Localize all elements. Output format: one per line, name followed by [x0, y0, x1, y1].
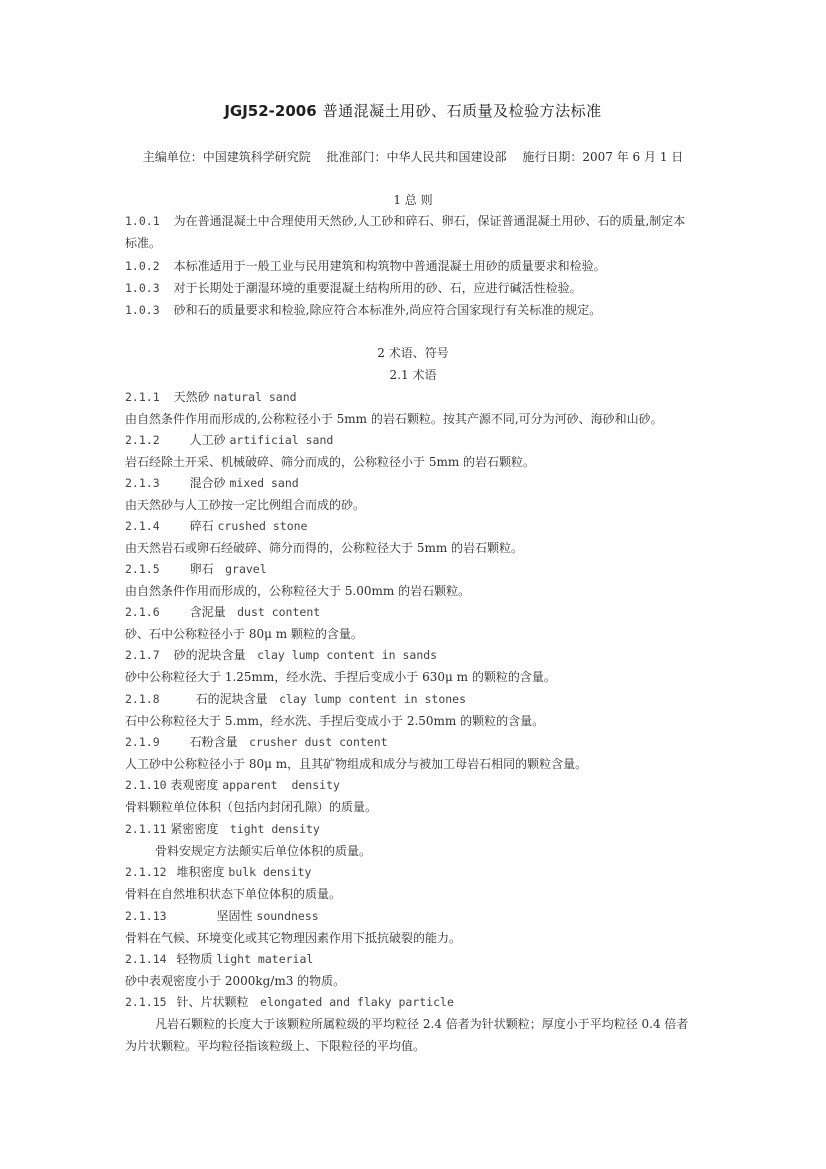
- term-number: 2.1.2: [125, 432, 160, 448]
- term-heading: 2.1.13坚固性 soundness: [125, 908, 705, 924]
- term-en: dust content: [237, 605, 320, 619]
- term-definition: 砂中表观密度小于 2000kg/m3 的物质。: [125, 973, 705, 989]
- term-heading: 2.1.3混合砂 mixed sand: [125, 475, 705, 491]
- term-definition: 骨料安规定方法颠实后单位体积的质量。: [125, 843, 735, 859]
- editor-unit: 主编单位：中国建筑科学研究院: [143, 150, 311, 164]
- term-number: 2.1.11: [125, 821, 167, 837]
- term-number: 2.1.15: [125, 994, 167, 1010]
- term-heading: 2.1.14轻物质 light material: [125, 951, 705, 967]
- clause-text: 对于长期处于潮湿环境的重要混凝土结构所用的砂、石，应进行碱活性检验。: [174, 281, 582, 295]
- term-number: 2.1.5: [125, 561, 160, 577]
- term-heading: 2.1.6含泥量 dust content: [125, 604, 705, 620]
- approval-department: 批准部门：中华人民共和国建设部: [327, 150, 507, 164]
- term-heading: 2.1.9石粉含量 crusher dust content: [125, 734, 705, 750]
- term-definition: 骨料颗粒单位体积（包括内封闭孔隙）的质量。: [125, 799, 705, 815]
- term-definition: 凡岩石颗粒的长度大于该颗粒所属粒级的平均粒径 2.4 倍者为针状颗粒；厚度小于平…: [125, 1016, 735, 1032]
- term-cn: 紧密密度: [170, 822, 218, 836]
- term-en: tight density: [230, 822, 320, 836]
- standard-name: 普通混凝土用砂、石质量及检验方法标准: [323, 102, 602, 120]
- term-en: natural sand: [213, 390, 296, 404]
- term-heading: 2.1.1天然砂 natural sand: [125, 389, 705, 405]
- term-en: light material: [216, 952, 313, 966]
- term-definition: 人工砂中公称粒径小于 80μ m，且其矿物组成和成分与被加工母岩石相同的颗粒含量…: [125, 756, 705, 772]
- term-number: 2.1.4: [125, 518, 160, 534]
- clause-number: 1.0.3: [125, 280, 160, 296]
- term-cn: 轻物质: [177, 952, 213, 966]
- term-cn: 石粉含量: [190, 735, 238, 749]
- standard-code: JGJ52-2006: [224, 102, 316, 120]
- chapter-1-heading: 1 总 则: [0, 192, 826, 208]
- term-number: 2.1.6: [125, 604, 160, 620]
- clause-1-0-2: 1.0.2本标准适用于一般工业与民用建筑和构筑物中普通混凝土用砂的质量要求和检验…: [125, 258, 705, 274]
- term-cn: 碎石: [190, 519, 214, 533]
- term-heading: 2.1.15针、片状颗粒 elongated and flaky particl…: [125, 994, 705, 1010]
- term-cn: 针、片状颗粒: [177, 995, 249, 1009]
- term-definition: 由天然砂与人工砂按一定比例组合而成的砂。: [125, 497, 705, 513]
- term-heading: 2.1.11 紧密密度 tight density: [125, 821, 705, 837]
- effective-date: 施行日期：2007 年 6 月 1 日: [522, 150, 683, 164]
- term-number: 2.1.10: [125, 777, 167, 793]
- term-en: crusher dust content: [249, 735, 387, 749]
- term-heading: 2.1.5卵石 gravel: [125, 561, 705, 577]
- document-title: JGJ52-2006普通混凝土用砂、石质量及检验方法标准: [0, 100, 826, 121]
- term-cn: 卵石: [190, 562, 214, 576]
- clause-1-0-3b: 1.0.3砂和石的质量要求和检验,除应符合本标准外,尚应符合国家现行有关标准的规…: [125, 302, 705, 318]
- term-en: mixed sand: [229, 476, 298, 490]
- term-heading: 2.1.2人工砂 artificial sand: [125, 432, 705, 448]
- term-en: soundness: [256, 909, 318, 923]
- document-meta: 主编单位：中国建筑科学研究院 批准部门：中华人民共和国建设部 施行日期：2007…: [0, 148, 826, 165]
- clause-text: 砂和石的质量要求和检验,除应符合本标准外,尚应符合国家现行有关标准的规定。: [174, 303, 602, 317]
- clause-text: 本标准适用于一般工业与民用建筑和构筑物中普通混凝土用砂的质量要求和检验。: [174, 259, 606, 273]
- term-number: 2.1.12: [125, 864, 167, 880]
- term-cn: 堆积密度: [177, 865, 225, 879]
- term-heading: 2.1.10 表观密度 apparent density: [125, 777, 705, 793]
- clause-1-0-1: 1.0.1为在普通混凝土中合理使用天然砂,人工砂和碎石、卵石，保证普通混凝土用砂…: [125, 213, 705, 229]
- clause-number: 1.0.2: [125, 258, 160, 274]
- term-number: 2.1.13: [125, 908, 167, 924]
- term-number: 2.1.1: [125, 389, 160, 405]
- term-cn: 人工砂: [190, 433, 226, 447]
- term-definition: 骨料在气候、环境变化或其它物理因素作用下抵抗破裂的能力。: [125, 930, 705, 946]
- term-definition: 骨料在自然堆积状态下单位体积的质量。: [125, 886, 705, 902]
- term-definition: 砂中公称粒径大于 1.25mm，经水洗、手捏后变成小于 630μ m 的颗粒的含…: [125, 669, 705, 685]
- term-en: clay lump content in sands: [257, 648, 437, 662]
- term-en: bulk density: [228, 865, 311, 879]
- term-definition: 岩石经除土开采、机械破碎、筛分而成的，公称粒径小于 5mm 的岩石颗粒。: [125, 454, 705, 470]
- term-cn: 砂的泥块含量: [174, 648, 246, 662]
- term-definition: 由天然岩石或卵石经破碎、筛分而得的，公称粒径大于 5mm 的岩石颗粒。: [125, 540, 705, 556]
- term-en: gravel: [225, 562, 267, 576]
- term-en: apparent density: [222, 778, 340, 792]
- term-en: artificial sand: [229, 433, 333, 447]
- term-definition: 砂、石中公称粒径小于 80μ m 颗粒的含量。: [125, 626, 705, 642]
- clause-number: 1.0.1: [125, 213, 160, 229]
- term-heading: 2.1.12堆积密度 bulk density: [125, 864, 705, 880]
- term-number: 2.1.3: [125, 475, 160, 491]
- term-definition-cont: 为片状颗粒。平均粒径指该粒级上、下限粒径的平均值。: [125, 1038, 705, 1054]
- term-cn: 含泥量: [190, 605, 226, 619]
- term-number: 2.1.9: [125, 734, 160, 750]
- term-heading: 2.1.7砂的泥块含量 clay lump content in sands: [125, 647, 705, 663]
- term-en: crushed stone: [217, 519, 307, 533]
- term-en: clay lump content in stones: [279, 692, 466, 706]
- term-definition: 由自然条件作用而形成的,公称粒径小于 5mm 的岩石颗粒。按其产源不同,可分为河…: [125, 411, 705, 427]
- term-number: 2.1.14: [125, 951, 167, 967]
- clause-1-0-3: 1.0.3对于长期处于潮湿环境的重要混凝土结构所用的砂、石，应进行碱活性检验。: [125, 280, 705, 296]
- term-definition: 石中公称粒径大于 5.mm，经水洗、手捏后变成小于 2.50mm 的颗粒的含量。: [125, 713, 705, 729]
- term-cn: 天然砂: [174, 390, 210, 404]
- term-number: 2.1.7: [125, 647, 160, 663]
- term-heading: 2.1.8石的泥块含量 clay lump content in stones: [125, 691, 705, 707]
- term-en: elongated and flaky particle: [260, 995, 454, 1009]
- term-number: 2.1.8: [125, 691, 160, 707]
- clause-text: 为在普通混凝土中合理使用天然砂,人工砂和碎石、卵石，保证普通混凝土用砂、石的质量…: [174, 214, 686, 228]
- term-cn: 表观密度: [170, 778, 218, 792]
- clause-number: 1.0.3: [125, 302, 160, 318]
- term-definition: 由自然条件作用而形成的，公称粒径大于 5.00mm 的岩石颗粒。: [125, 583, 705, 599]
- term-cn: 混合砂: [190, 476, 226, 490]
- term-cn: 坚固性: [217, 909, 253, 923]
- clause-1-0-1-cont: 标准。: [125, 235, 705, 251]
- term-heading: 2.1.4碎石 crushed stone: [125, 518, 705, 534]
- section-2-1-heading: 2.1 术语: [0, 367, 826, 383]
- term-cn: 石的泥块含量: [196, 692, 268, 706]
- chapter-2-heading: 2 术语、符号: [0, 345, 826, 361]
